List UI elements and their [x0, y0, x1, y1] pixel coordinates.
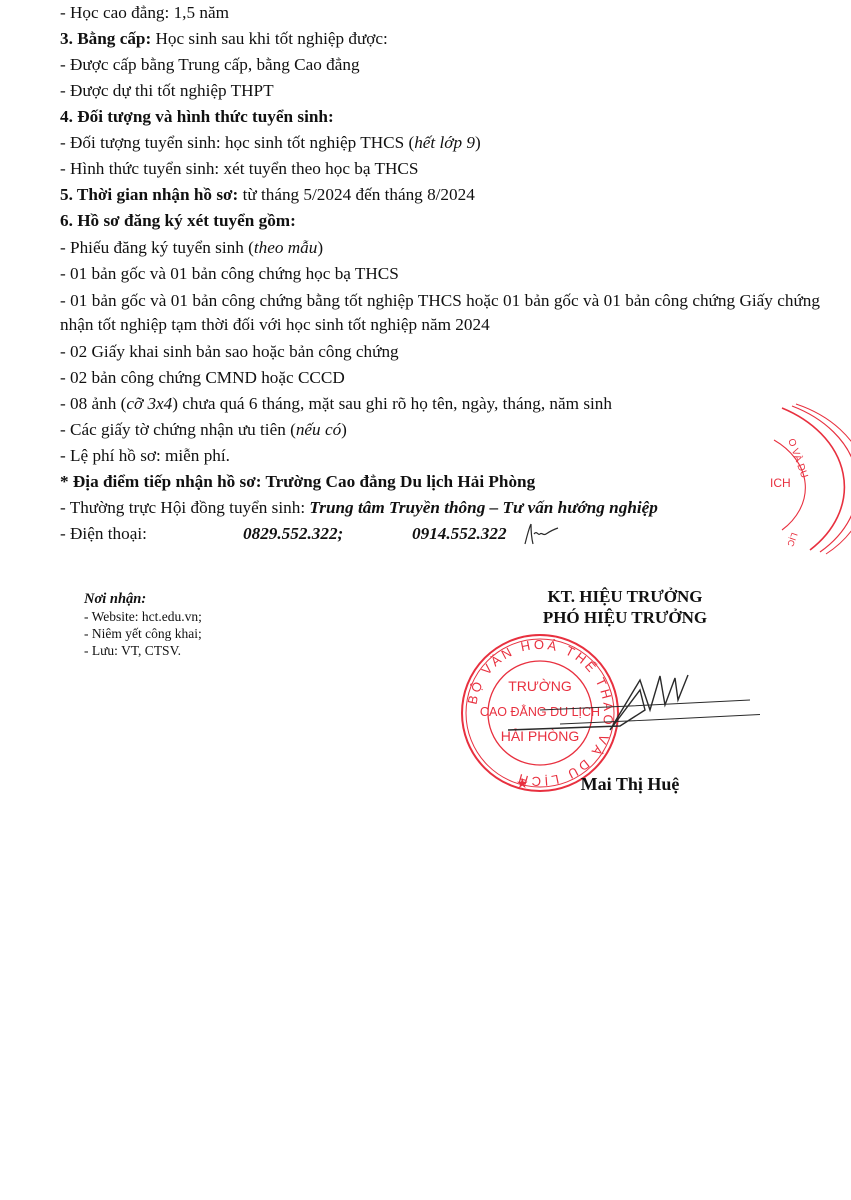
text-line-council: - Thường trực Hội đồng tuyển sinh: Trung… — [60, 497, 658, 519]
signature-title-1: KT. HIỆU TRƯỞNG — [470, 586, 780, 608]
section-3-text: Học sinh sau khi tốt nghiệp được: — [151, 29, 388, 48]
location-heading: * Địa điểm tiếp nhận hồ sơ: Trường Cao đ… — [60, 471, 535, 493]
svg-text:★: ★ — [516, 775, 529, 791]
handwritten-signature-icon — [500, 670, 760, 750]
council-text: - Thường trực Hội đồng tuyển sinh: — [60, 498, 309, 517]
recipient-item: - Niêm yết công khai; — [84, 626, 202, 641]
photos-rest: ) chưa quá 6 tháng, mặt sau ghi rõ họ tê… — [172, 394, 612, 413]
form-close: ) — [317, 238, 323, 257]
priority-close: ) — [341, 420, 347, 439]
text-line-photos: - 08 ảnh (cỡ 3x4) chưa quá 6 tháng, mặt … — [60, 393, 612, 415]
text-line-target: - Đối tượng tuyển sinh: học sinh tốt ngh… — [60, 132, 481, 154]
text-line-birth-cert: - 02 Giấy khai sinh bản sao hoặc bản côn… — [60, 341, 399, 363]
priority-text: - Các giấy tờ chứng nhận ưu tiên ( — [60, 420, 296, 439]
text-line-exam: - Được dự thi tốt nghiệp THPT — [60, 80, 274, 102]
recipients-title: Nơi nhận: — [84, 592, 146, 607]
section-5-text: từ tháng 5/2024 đến tháng 8/2024 — [238, 185, 475, 204]
section-3-heading: 3. Bằng cấp: Học sinh sau khi tốt nghiệp… — [60, 28, 388, 50]
document-page: - Học cao đẳng: 1,5 năm 3. Bằng cấp: Học… — [0, 0, 851, 1200]
text-line-transcript: - 01 bản gốc và 01 bản công chứng học bạ… — [60, 263, 399, 285]
text-line-priority: - Các giấy tờ chứng nhận ưu tiên (nếu có… — [60, 419, 347, 441]
section-4-heading: 4. Đối tượng và hình thức tuyển sinh: — [60, 106, 334, 128]
text-line-diploma: - 01 bản gốc và 01 bản công chứng bằng t… — [60, 289, 820, 337]
text-line-form: - Phiếu đăng ký tuyển sinh (theo mẫu) — [60, 237, 323, 259]
initials-mark-icon — [522, 522, 562, 548]
phone-number-2: 0914.552.322 — [412, 523, 507, 545]
text-line-phone: - Điện thoại: — [60, 523, 147, 545]
target-text: - Đối tượng tuyển sinh: học sinh tốt ngh… — [60, 133, 414, 152]
section-6-heading: 6. Hồ sơ đăng ký xét tuyển gồm: — [60, 210, 296, 232]
signer-name: Mai Thị Huệ — [540, 773, 720, 795]
text-line-degree: - Được cấp bằng Trung cấp, bằng Cao đẳng — [60, 54, 360, 76]
section-3-label: 3. Bằng cấp: — [60, 29, 151, 48]
text-line-method: - Hình thức tuyển sinh: xét tuyển theo h… — [60, 158, 418, 180]
phone-number-1: 0829.552.322; — [243, 523, 343, 545]
form-text: - Phiếu đăng ký tuyển sinh ( — [60, 238, 254, 257]
council-italic: Trung tâm Truyền thông – Tư vấn hướng ng… — [309, 498, 658, 517]
svg-text:LỊC: LỊC — [785, 531, 799, 548]
section-5-label: 5. Thời gian nhận hồ sơ: — [60, 185, 238, 204]
section-5-heading: 5. Thời gian nhận hồ sơ: từ tháng 5/2024… — [60, 184, 475, 206]
signature-title-2: PHÓ HIỆU TRƯỞNG — [470, 607, 780, 629]
photos-text: - 08 ảnh ( — [60, 394, 126, 413]
photos-italic: cỡ 3x4 — [126, 394, 172, 413]
text-line-id-card: - 02 bản công chứng CMND hoặc CCCD — [60, 367, 345, 389]
phone-label: - Điện thoại: — [60, 524, 147, 543]
recipient-item: - Lưu: VT, CTSV. — [84, 643, 181, 658]
svg-text:ICH: ICH — [770, 476, 791, 490]
form-italic: theo mẫu — [254, 238, 318, 257]
text-line-college-duration: - Học cao đẳng: 1,5 năm — [60, 2, 229, 24]
text-line-fee: - Lệ phí hồ sơ: miễn phí. — [60, 445, 230, 467]
target-close: ) — [475, 133, 481, 152]
edge-seal-icon: O VÀ DU ICH LỊC — [770, 400, 851, 570]
priority-italic: nếu có — [296, 420, 341, 439]
target-italic: hết lớp 9 — [414, 133, 475, 152]
recipient-item: - Website: hct.edu.vn; — [84, 609, 202, 624]
svg-text:O VÀ DU: O VÀ DU — [785, 437, 811, 480]
